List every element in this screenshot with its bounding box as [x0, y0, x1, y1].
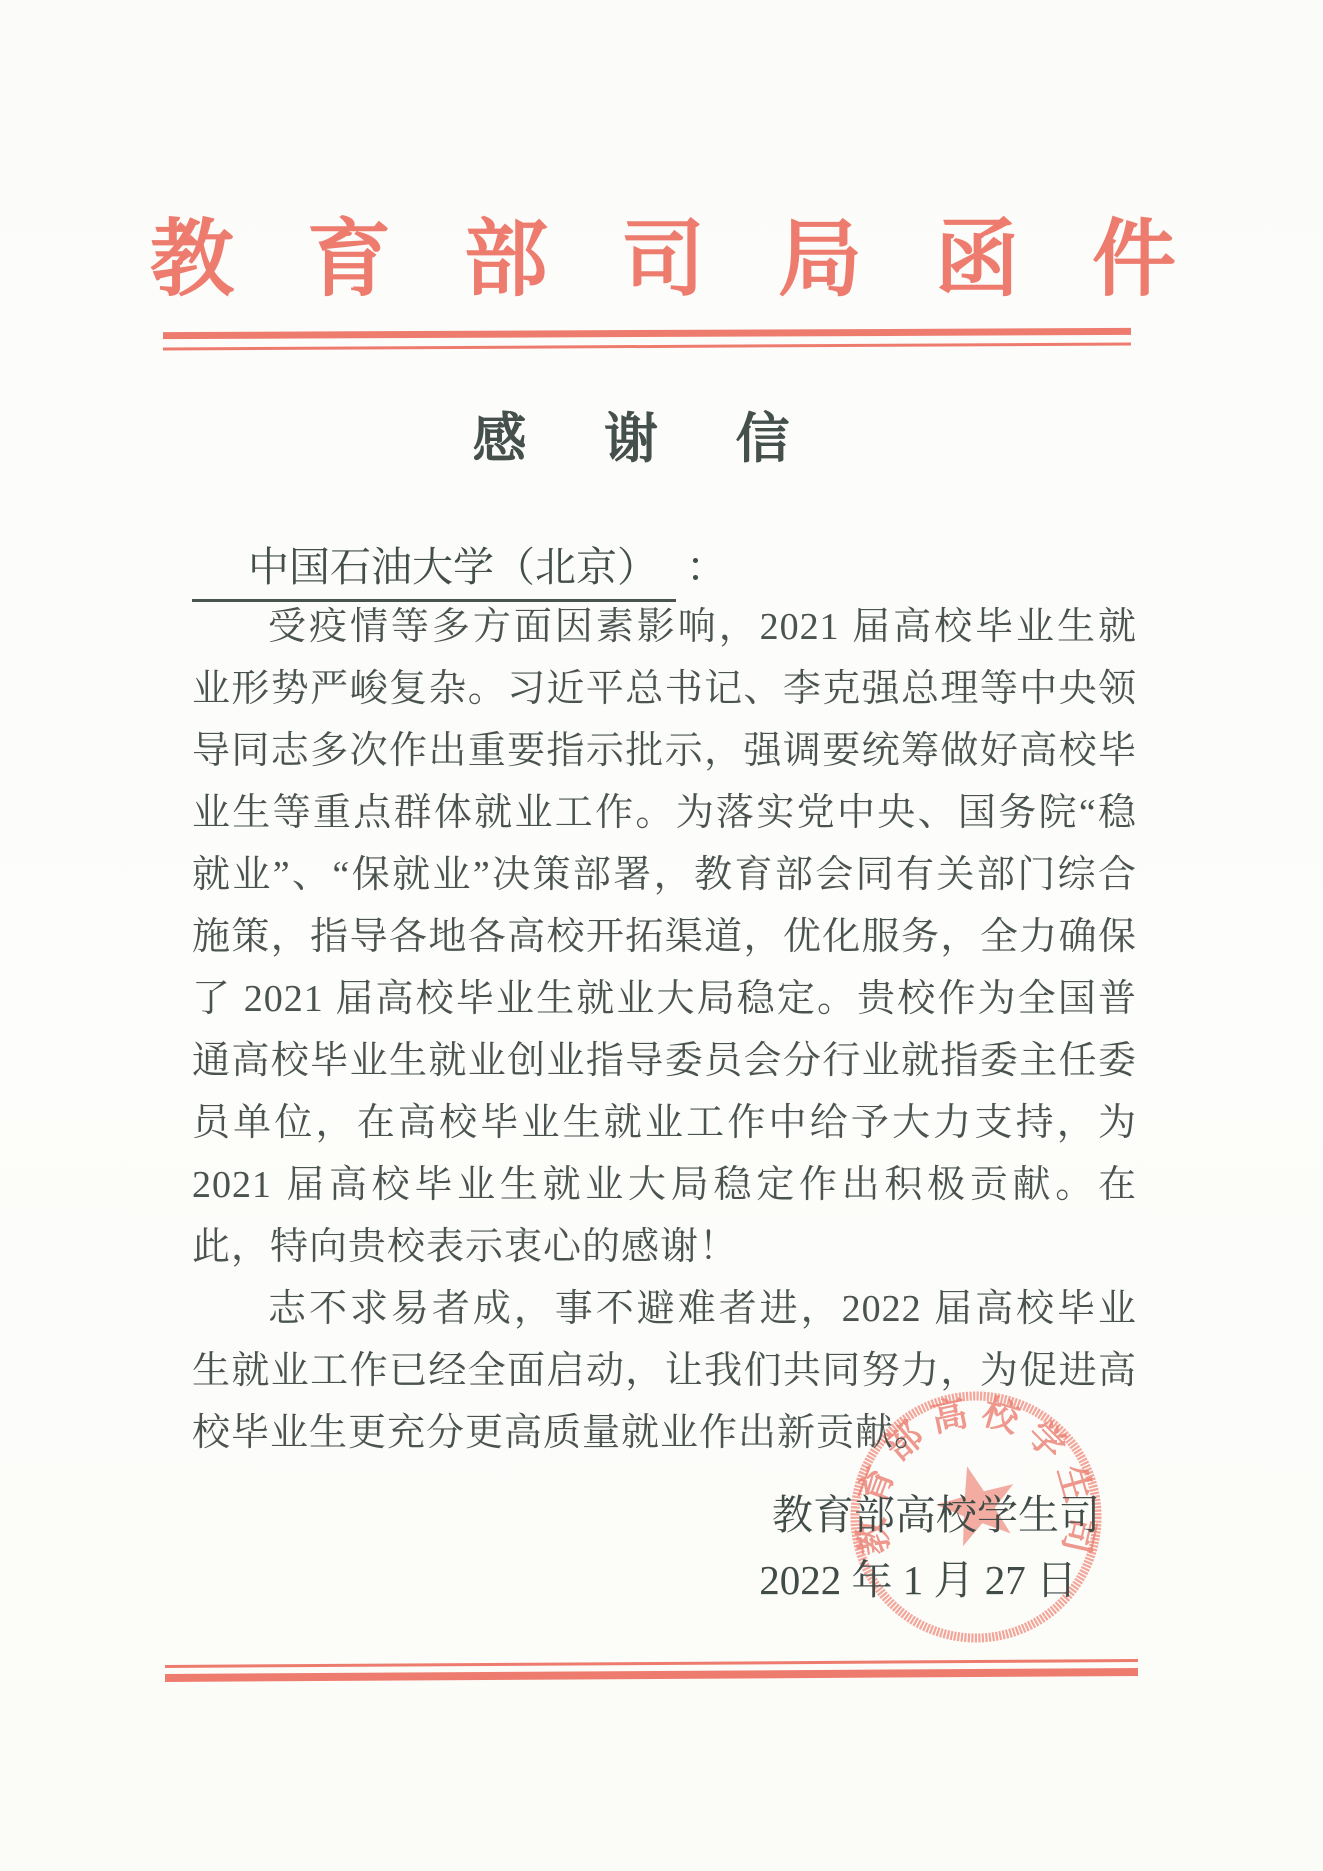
- bottom-rule-thin: [165, 1659, 1138, 1668]
- recipient-name: 中国石油大学（北京）: [192, 534, 676, 602]
- body-paragraph-1: 受疫情等多方面因素影响，2021 届高校毕业生就业形势严峻复杂。习近平总书记、李…: [192, 596, 1137, 1278]
- letter-body: 受疫情等多方面因素影响，2021 届高校毕业生就业形势严峻复杂。习近平总书记、李…: [192, 596, 1137, 1464]
- signature-date: 2022 年 1 月 27 日: [759, 1547, 1077, 1606]
- signature: 教育部高校学生司: [772, 1482, 1100, 1541]
- salutation: 中国石油大学（北京）：: [192, 534, 727, 602]
- scanned-letter-page: 教 育 部 司 局 函 件 感 谢 信 中国石油大学（北京）： 受疫情等多方面因…: [0, 0, 1323, 1871]
- body-paragraph-2: 志不求易者成，事不避难者进，2022 届高校毕业生就业工作已经全面启动，让我们共…: [192, 1278, 1137, 1464]
- document-title: 感 谢 信: [163, 396, 1131, 473]
- bottom-rule-thick: [165, 1668, 1138, 1682]
- top-rule-thin: [163, 342, 1131, 350]
- top-rule-thick: [163, 328, 1131, 339]
- salutation-colon: ：: [686, 544, 727, 590]
- letterhead-title: 教 育 部 司 局 函 件: [150, 192, 1150, 313]
